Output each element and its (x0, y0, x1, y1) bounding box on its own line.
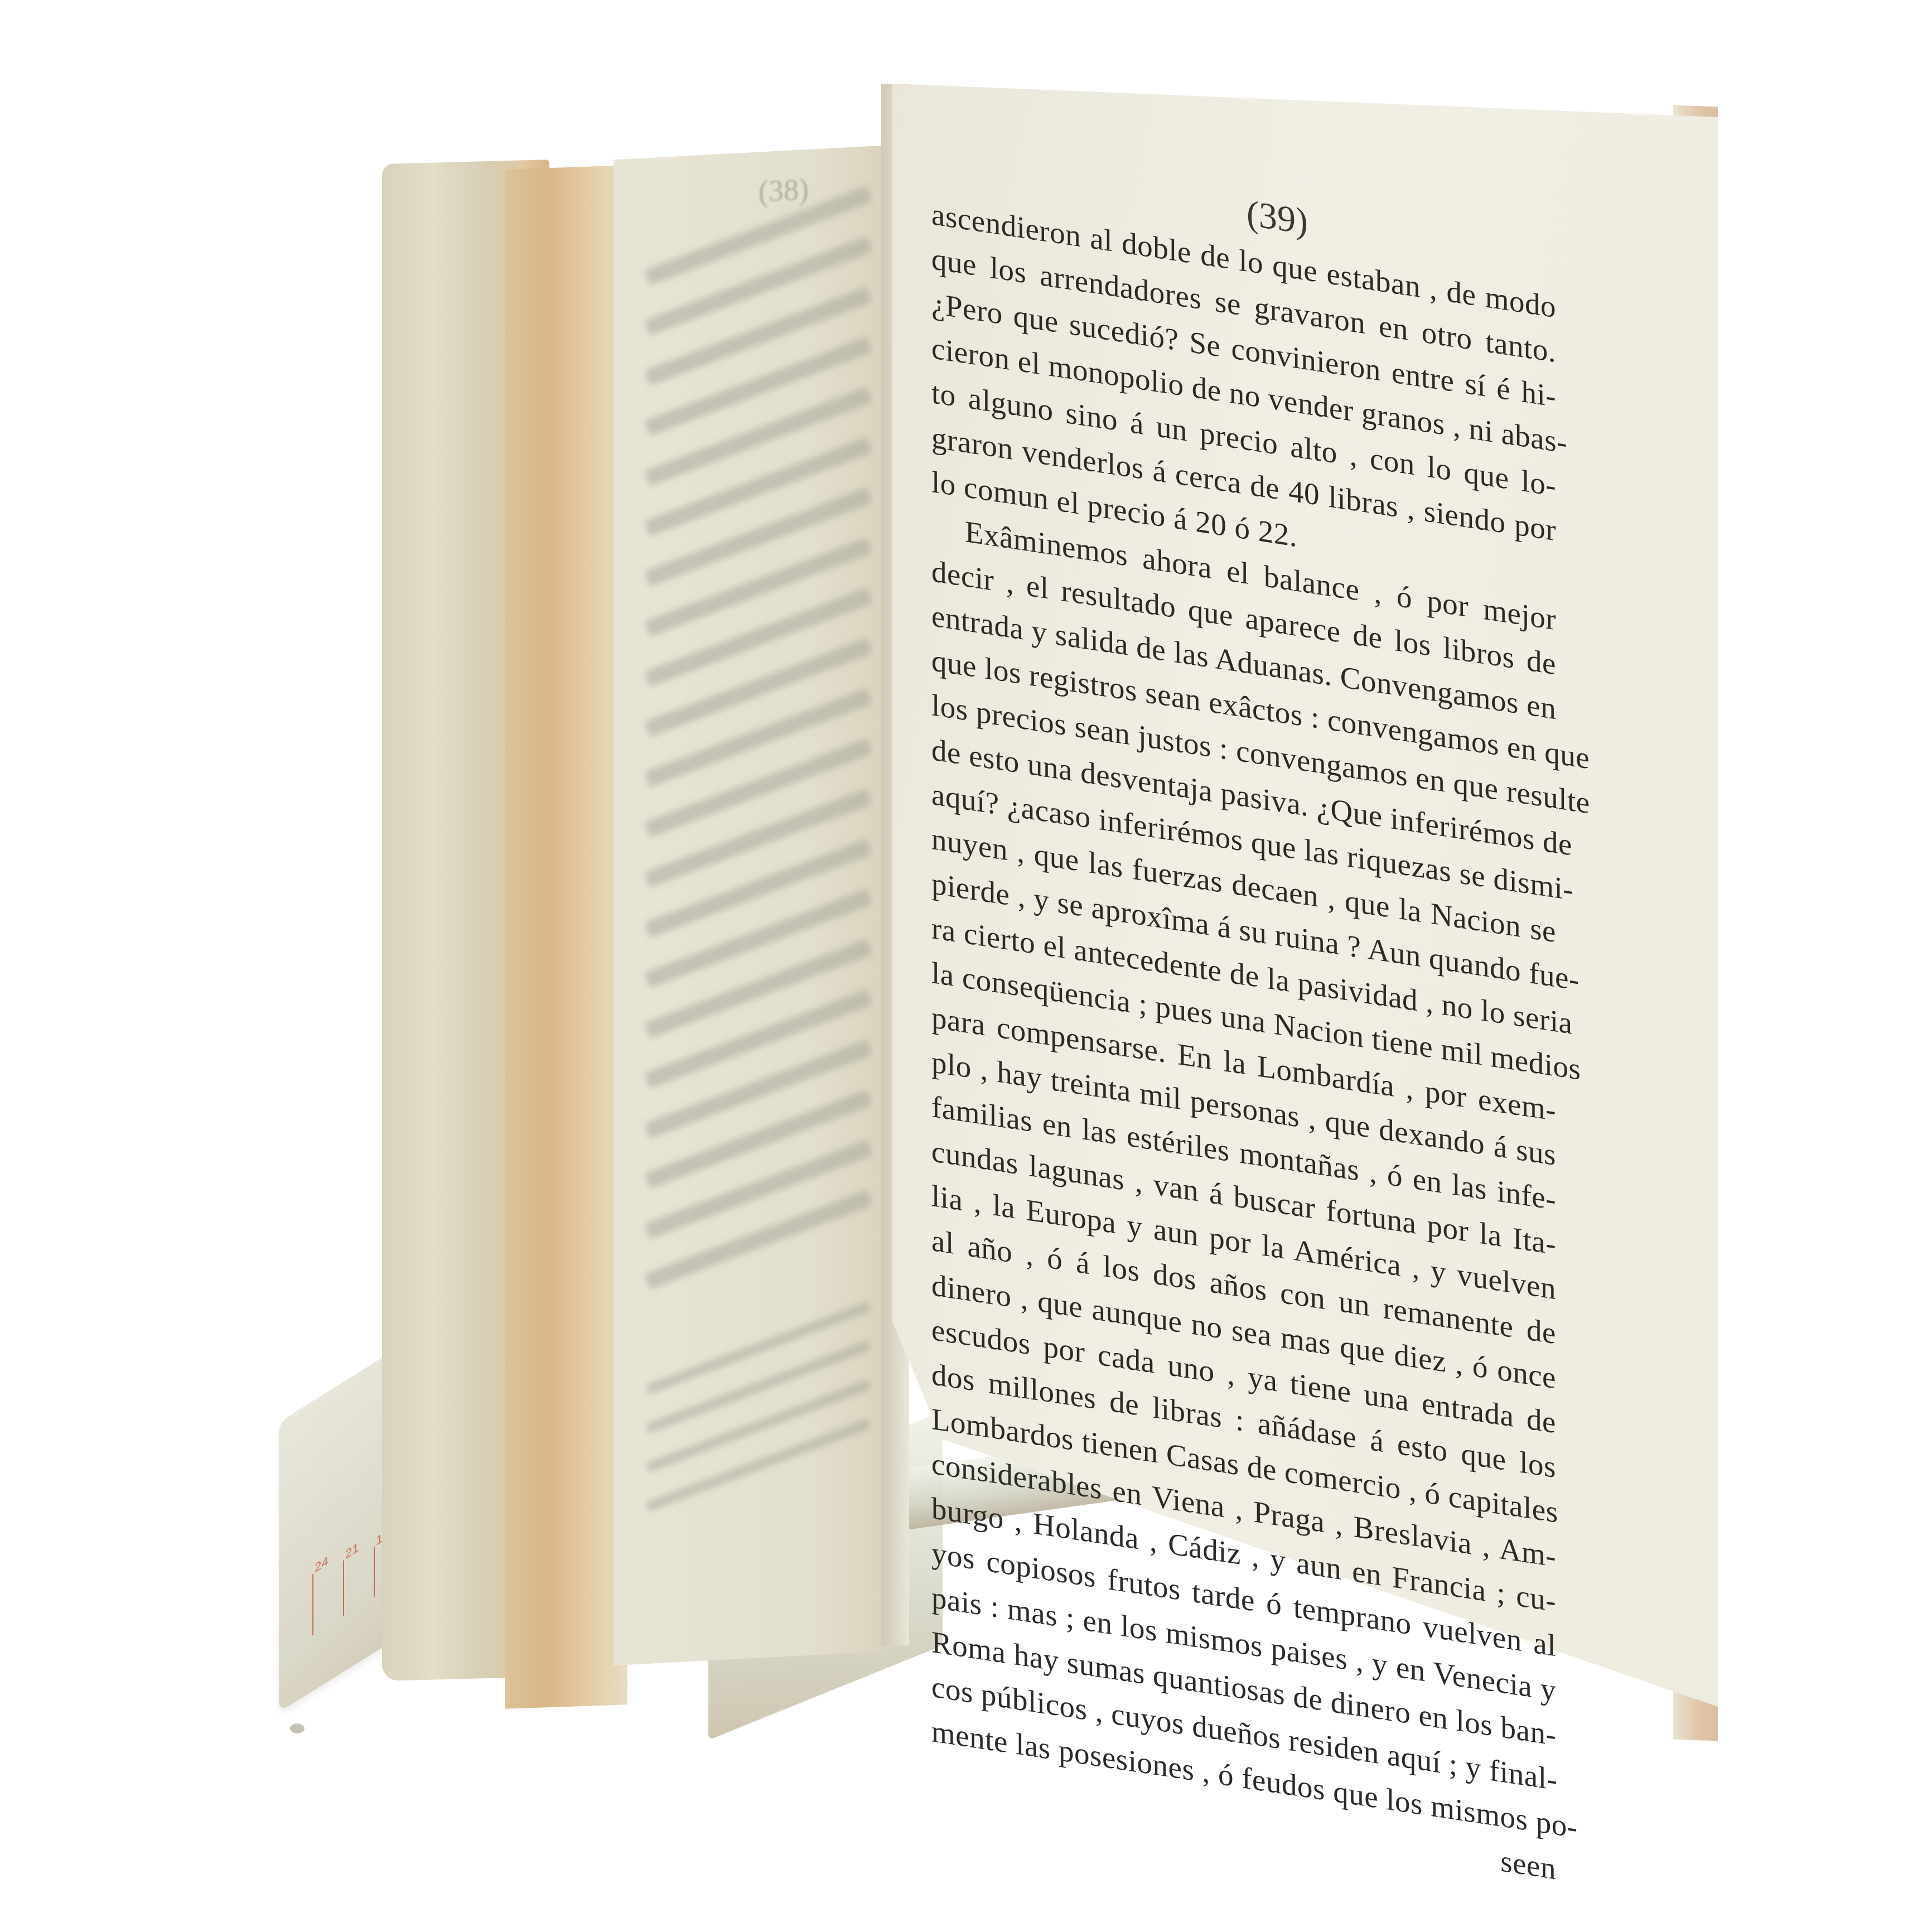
photo-scene: ▮▮▮▮▮ 24 21 18 15 12 (38) (0, 0, 1932, 1932)
ruler-tick (343, 1560, 344, 1616)
book-left-page: (38) (614, 145, 892, 1665)
blurred-text-line (644, 888, 872, 988)
blurred-footnote-line (645, 1379, 871, 1473)
blurred-text-line (644, 336, 872, 436)
blurred-text-line (644, 587, 872, 687)
ruler-tick (312, 1573, 313, 1635)
blurred-footnote-line (645, 1418, 871, 1512)
blurred-text-line (644, 387, 872, 486)
blurred-text-line (644, 688, 872, 788)
blurred-text-line (644, 1190, 872, 1289)
blurred-text-line (644, 286, 872, 386)
book-page-edges-left (505, 165, 627, 1709)
blurred-text-line (644, 738, 872, 838)
left-page-number: (38) (759, 172, 809, 209)
blurred-text-line (644, 939, 872, 1039)
blurred-text-line (644, 487, 872, 587)
blurred-text-line (644, 236, 872, 336)
blurred-text-line (644, 989, 872, 1089)
stand-screw-hole (290, 1723, 305, 1733)
blurred-text-line (644, 1039, 872, 1139)
ruler-tick (374, 1547, 375, 1597)
blurred-text-line (644, 437, 872, 537)
blurred-text-line (644, 1089, 872, 1189)
ruler-label: 24 (315, 1553, 328, 1576)
blurred-text-line (644, 537, 872, 637)
ruler-label: 21 (345, 1539, 359, 1562)
right-page-text: (39) ascendieron al doble de lo que esta… (931, 145, 1556, 1891)
blurred-footnote-line (645, 1301, 871, 1395)
blurred-text-line (644, 637, 872, 737)
blurred-text-line (644, 788, 872, 888)
blurred-text-line (644, 838, 872, 938)
blurred-footnote-line (645, 1340, 871, 1434)
blurred-text-line (644, 1139, 872, 1239)
